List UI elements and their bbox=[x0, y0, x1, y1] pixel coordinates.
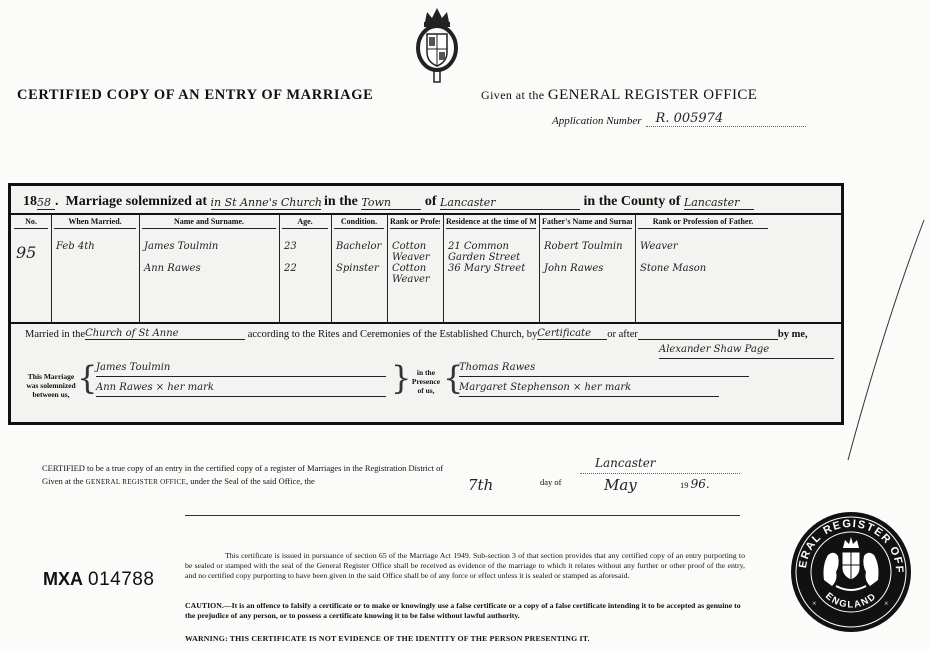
register-heading: 1858. Marriage solemnized at in St Anne'… bbox=[23, 194, 754, 210]
column-divider bbox=[443, 215, 444, 322]
groom-name: James Toulmin bbox=[144, 241, 218, 252]
signature-rule bbox=[185, 515, 740, 516]
given-at-heading: Given at the General Register Office bbox=[481, 87, 757, 104]
officiant-signature: Alexander Shaw Page bbox=[659, 344, 834, 359]
groom-residence: 21 Common Garden Street bbox=[448, 241, 536, 263]
column-divider bbox=[279, 215, 280, 322]
witness-2-signature: Margaret Stephenson × her mark bbox=[459, 382, 719, 397]
place-value: in St Anne's Church bbox=[211, 196, 321, 210]
bride-name: Ann Rawes bbox=[144, 263, 201, 274]
groom-condition: Bachelor bbox=[336, 241, 381, 252]
application-number: Application NumberR. 005974 bbox=[552, 114, 806, 127]
warning-notice: WARNING: THIS CERTIFICATE IS NOT EVIDENC… bbox=[185, 634, 590, 643]
column-header-number: No. bbox=[14, 216, 48, 229]
column-header-residence: Residence at the time of Marriage. bbox=[446, 216, 536, 229]
column-divider bbox=[51, 215, 52, 322]
groom-when-married: Feb 4th bbox=[56, 241, 95, 252]
groom-father-profession: Weaver bbox=[640, 241, 678, 252]
district-value: Lancaster bbox=[595, 456, 656, 470]
column-header-father-profession: Rank or Profession of Father. bbox=[638, 216, 768, 229]
certificate-title: CERTIFIED COPY OF AN ENTRY OF MARRIAGE bbox=[17, 87, 373, 104]
certification-text: CERTIFIED to be a true copy of an entry … bbox=[42, 462, 443, 489]
column-header-father-name: Father's Name and Surname. bbox=[542, 216, 632, 229]
column-divider bbox=[139, 215, 140, 322]
between-us-label: This Marriage was solemnized between us, bbox=[25, 372, 77, 399]
pen-stroke-mark bbox=[846, 210, 926, 470]
royal-coat-of-arms-icon: GENERAL REGISTER OFFICE ENGLAND × × bbox=[788, 510, 914, 634]
town-value: Lancaster bbox=[440, 196, 580, 210]
entry-table: No.95When Married.Feb 4thName and Surnam… bbox=[11, 213, 841, 324]
bride-profession: Cotton Weaver bbox=[392, 263, 440, 285]
column-header-when-married: When Married. bbox=[54, 216, 136, 229]
groom-father-name: Robert Toulmin bbox=[544, 241, 623, 252]
column-divider bbox=[539, 215, 540, 322]
caution-notice: CAUTION.—It is an offence to falsify a c… bbox=[185, 601, 745, 621]
groom-age: 23 bbox=[284, 241, 297, 252]
svg-text:×: × bbox=[812, 599, 817, 608]
presence-label: in the Presence of us, bbox=[411, 368, 441, 395]
year-value-cert: 96. bbox=[691, 477, 710, 491]
groom-profession: Cotton Weaver bbox=[392, 241, 440, 263]
column-divider bbox=[387, 215, 388, 322]
column-header-age: Age. bbox=[282, 216, 328, 229]
day-value: 7th bbox=[468, 476, 493, 494]
bride-condition: Spinster bbox=[336, 263, 379, 274]
year-value: 58 bbox=[37, 196, 55, 210]
married-in-value: Church of St Anne bbox=[85, 328, 245, 340]
bride-residence: 36 Mary Street bbox=[448, 263, 525, 274]
day-of-label: day of bbox=[540, 477, 561, 487]
column-divider bbox=[331, 215, 332, 322]
groom-number: 95 bbox=[16, 247, 36, 258]
groom-signature: James Toulmin bbox=[96, 362, 386, 377]
svg-text:×: × bbox=[884, 599, 889, 608]
column-header-profession: Rank or Profession. bbox=[390, 216, 440, 229]
register-entry: 1858. Marriage solemnized at in St Anne'… bbox=[8, 183, 844, 425]
certificate-serial: MXA 014788 bbox=[43, 568, 154, 591]
bride-signature: Ann Rawes × her mark bbox=[96, 382, 386, 397]
column-header-name: Name and Surname. bbox=[142, 216, 276, 229]
column-header-condition: Condition. bbox=[334, 216, 384, 229]
ceremony-details: Married in theChurch of St Anne accordin… bbox=[11, 322, 841, 422]
bride-age: 22 bbox=[284, 263, 297, 274]
column-divider bbox=[635, 215, 636, 322]
district-type-value: Town bbox=[361, 196, 421, 210]
bride-father-profession: Stone Mason bbox=[640, 263, 706, 274]
month-value: May bbox=[604, 476, 637, 494]
bride-father-name: John Rawes bbox=[544, 263, 603, 274]
royal-crest-icon bbox=[415, 4, 459, 90]
legal-notice: This certificate is issued in pursuance … bbox=[185, 551, 745, 581]
witness-1-signature: Thomas Rawes bbox=[459, 362, 749, 377]
by-method-value: Certificate bbox=[537, 328, 607, 340]
application-number-value: R. 005974 bbox=[656, 111, 724, 126]
county-value: Lancaster bbox=[684, 196, 754, 210]
